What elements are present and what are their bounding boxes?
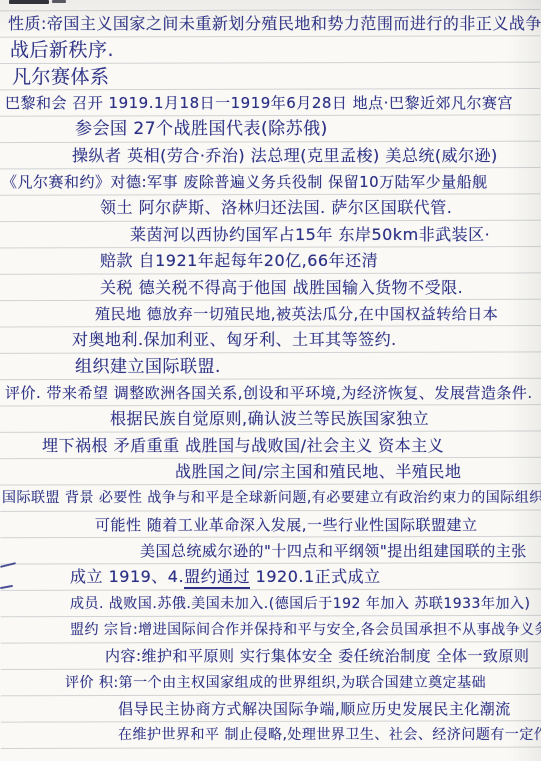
stray-ink-mark: [52, 0, 66, 3]
notebook-page: 性质:帝国主义国家之间未重新划分殖民地和势力范围而进行的非正义战争战后新秩序.凡…: [0, 0, 541, 761]
note-line: 可能性 随着工业革命深入发展,一些行业性国际联盟建立: [95, 513, 478, 537]
note-line: 《凡尔赛和约》对德:军事 废除普遍义务兵役制 保留10万陆军少量船舰: [2, 170, 488, 194]
note-line: 巴黎和会 召开 1919.1月18日一1919年6月28日 地点·巴黎近郊凡尔赛…: [5, 91, 513, 115]
note-text: 根据民族自觉原则,确认波兰等民族国家独立: [110, 409, 429, 428]
note-text: 在维护世界和平 制止侵略,处理世界卫生、社会、经济问题有一定作用: [118, 727, 541, 743]
note-line: 评价. 带来希望 调整欧洲各国关系,创设和平环境,为经济恢复、发展营造条件.: [5, 381, 533, 405]
note-text: 莱茵河以西协约国军占15年 东岸50km非武装区·: [130, 225, 490, 244]
note-line: 埋下祸根 矛盾重重 战胜国与战败国/社会主义 资本主义: [42, 434, 444, 458]
note-text: 参会国 27个战胜国代表(除苏俄): [75, 119, 328, 139]
note-line: 性质:帝国主义国家之间未重新划分殖民地和势力范围而进行的非正义战争: [8, 12, 541, 36]
note-line: 殖民地 德放弃一切殖民地,被英法瓜分,在中国权益转给日本: [95, 302, 498, 326]
note-line: 根据民族自觉原则,确认波兰等民族国家独立: [110, 407, 429, 431]
note-line: 内容:维护和平原则 实行集体安全 委任统治制度 全体一致原则: [105, 644, 529, 668]
underlined-note-text: 盟约通过: [184, 567, 250, 589]
margin-pen-tick: [0, 585, 13, 589]
note-line: 领土 阿尔萨斯、洛林归还法国. 萨尔区国联代管.: [100, 196, 452, 220]
note-line: 凡尔赛体系: [12, 65, 110, 89]
note-text: 巴黎和会 召开 1919.1月18日一1919年6月28日 地点·巴黎近郊凡尔赛…: [5, 94, 513, 112]
note-line: 成员. 战败国.苏俄.美国未加入.(德国后于192 年加入 苏联1933年加入): [70, 592, 530, 616]
note-text: 评价. 带来希望 调整欧洲各国关系,创设和平环境,为经济恢复、发展营造条件.: [5, 384, 533, 402]
note-text: 国际联盟 背景 必要性 战争与和平是全球新问题,有必要建立有政治约束力的国际组织: [2, 490, 541, 506]
note-text: 内容:维护和平原则 实行集体安全 委任统治制度 全体一致原则: [105, 647, 529, 665]
stray-ink-mark: [9, 0, 49, 4]
note-text: 1920.1正式成立: [250, 567, 381, 586]
note-line: 评价 积:第一个由主权国家组成的世界组织,为联合国建立奠定基础: [65, 671, 486, 695]
note-text: 成员. 战败国.苏俄.美国未加入.(德国后于192 年加入 苏联1933年加入): [70, 596, 530, 612]
note-text: 性质:帝国主义国家之间未重新划分殖民地和势力范围而进行的非正义战争: [8, 14, 541, 33]
note-line: 赔款 自1921年起每年20亿,66年还清: [100, 249, 378, 273]
note-line: 对奥地利.保加利亚、匈牙利、土耳其等签约.: [72, 328, 397, 352]
note-text: 评价 积:第一个由主权国家组成的世界组织,为联合国建立奠定基础: [65, 675, 486, 691]
note-text: 埋下祸根 矛盾重重 战胜国与战败国/社会主义 资本主义: [42, 436, 444, 455]
note-text: 凡尔赛体系: [12, 66, 110, 88]
note-line: 战胜国之间/宗主国和殖民地、半殖民地: [175, 460, 461, 484]
note-text: 盟约 宗旨:增进国际间合作并保持和平与安全,各会员国承担不从事战争义务: [70, 622, 541, 638]
note-text: 殖民地 德放弃一切殖民地,被英法瓜分,在中国权益转给日本: [95, 305, 498, 323]
note-line: 战后新秩序.: [10, 38, 114, 62]
note-text: 战后新秩序.: [10, 39, 114, 61]
note-line: 国际联盟 背景 必要性 战争与和平是全球新问题,有必要建立有政治约束力的国际组织: [2, 486, 541, 510]
margin-pen-tick: [0, 562, 16, 568]
note-text: 可能性 随着工业革命深入发展,一些行业性国际联盟建立: [95, 516, 478, 534]
note-text: 战胜国之间/宗主国和殖民地、半殖民地: [175, 462, 461, 481]
note-text: 对奥地利.保加利亚、匈牙利、土耳其等签约.: [72, 330, 397, 349]
note-text: 《凡尔赛和约》对德:军事 废除普遍义务兵役制 保留10万陆军少量船舰: [2, 173, 488, 191]
note-line: 操纵者 英相(劳合·乔治) 法总理(克里孟梭) 美总统(威尔逊): [72, 144, 498, 168]
note-line: 美国总统威尔逊的"十四点和平纲领"提出组建国联的主张: [140, 539, 527, 563]
note-line: 参会国 27个战胜国代表(除苏俄): [75, 117, 328, 141]
note-line: 成立 1919、4.盟约通过 1920.1正式成立: [70, 565, 381, 589]
note-line: 关税 德关税不得高于他国 战胜国输入货物不受限.: [100, 276, 463, 300]
note-line: 组织建立国际联盟.: [75, 355, 221, 379]
note-text: 组织建立国际联盟.: [75, 357, 221, 377]
note-text: 美国总统威尔逊的"十四点和平纲领"提出组建国联的主张: [140, 542, 527, 560]
note-text: 倡导民主协商方式解决国际争端,顺应历史发展民主化潮流: [118, 700, 511, 718]
note-text: 关税 德关税不得高于他国 战胜国输入货物不受限.: [100, 278, 463, 297]
note-line: 在维护世界和平 制止侵略,处理世界卫生、社会、经济问题有一定作用: [118, 723, 541, 747]
note-line: 盟约 宗旨:增进国际间合作并保持和平与安全,各会员国承担不从事战争义务: [70, 618, 541, 642]
note-line: 倡导民主协商方式解决国际争端,顺应历史发展民主化潮流: [118, 697, 511, 721]
note-text: 赔款 自1921年起每年20亿,66年还清: [100, 251, 378, 270]
note-text: 成立 1919、4.: [70, 567, 184, 586]
note-text: 操纵者 英相(劳合·乔治) 法总理(克里孟梭) 美总统(威尔逊): [72, 146, 498, 165]
note-text: 领土 阿尔萨斯、洛林归还法国. 萨尔区国联代管.: [100, 198, 452, 217]
note-line: 莱茵河以西协约国军占15年 东岸50km非武装区·: [130, 223, 490, 247]
